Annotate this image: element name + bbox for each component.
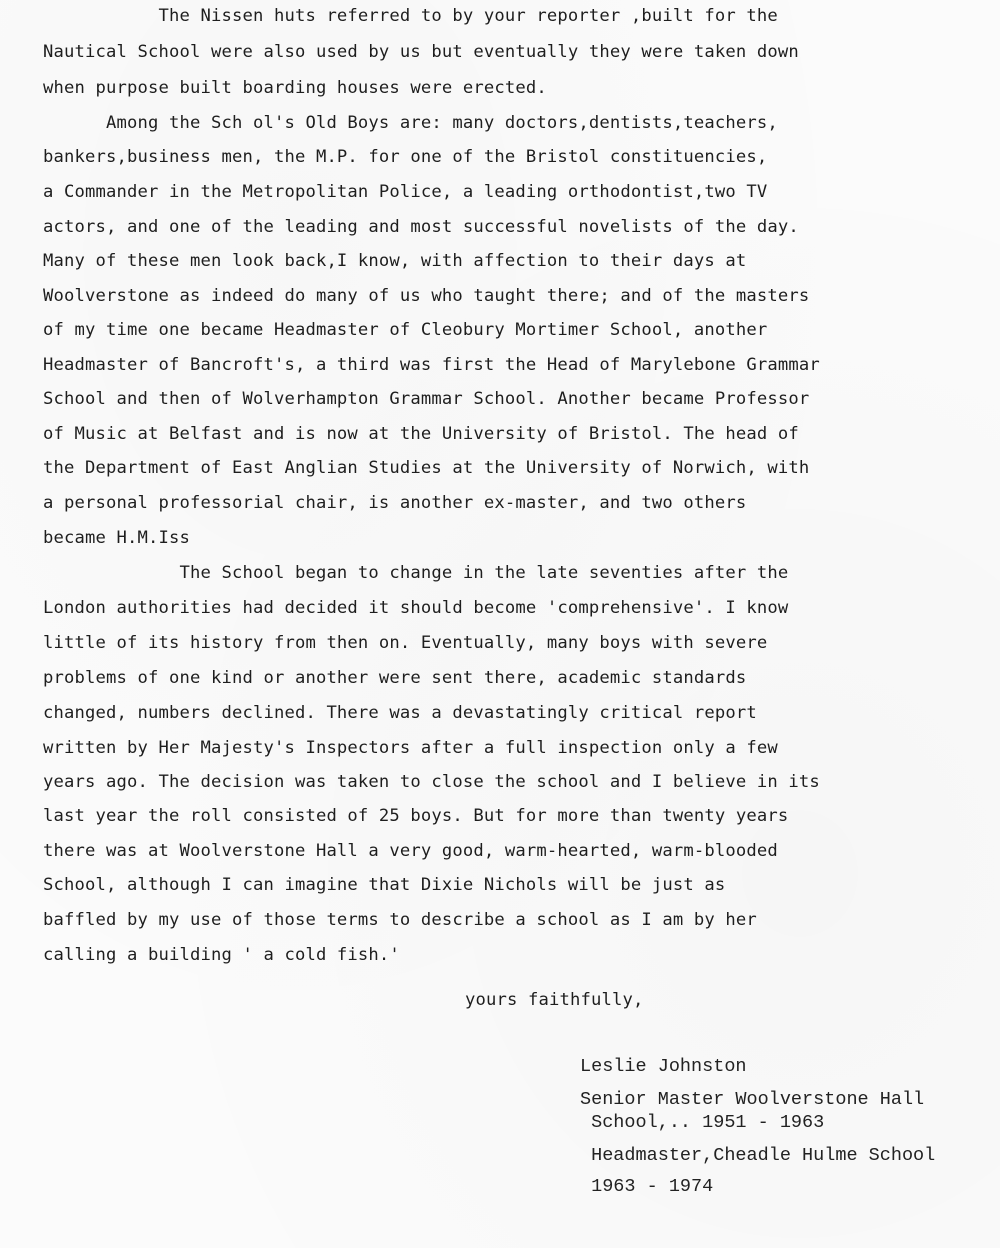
text-line: actors, and one of the leading and most … bbox=[43, 219, 799, 236]
text-line: calling a building ' a cold fish.' bbox=[43, 947, 400, 964]
text-line: Woolverstone as indeed do many of us who… bbox=[43, 288, 809, 305]
text-line: Many of these men look back,I know, with… bbox=[43, 253, 746, 270]
text-line: when purpose built boarding houses were … bbox=[43, 80, 547, 97]
signature-title: Headmaster,Cheadle Hulme School bbox=[580, 1147, 935, 1166]
text-line: a Commander in the Metropolitan Police, … bbox=[43, 184, 767, 201]
text-line: became H.M.Iss bbox=[43, 530, 190, 547]
text-line: changed, numbers declined. There was a d… bbox=[43, 705, 757, 722]
text-line: the Department of East Anglian Studies a… bbox=[43, 460, 809, 477]
text-line: Headmaster of Bancroft's, a third was fi… bbox=[43, 357, 820, 374]
text-line: Nautical School were also used by us but… bbox=[43, 44, 799, 61]
signature-name: Leslie Johnston bbox=[580, 1058, 747, 1077]
text-line: little of its history from then on. Even… bbox=[43, 635, 767, 652]
signature-title: Senior Master Woolverstone Hall bbox=[580, 1091, 924, 1110]
text-line: Among the Sch ol's Old Boys are: many do… bbox=[43, 115, 778, 132]
text-line: years ago. The decision was taken to clo… bbox=[43, 774, 820, 791]
text-line: of Music at Belfast and is now at the Un… bbox=[43, 426, 799, 443]
text-line: London authorities had decided it should… bbox=[43, 600, 788, 617]
text-line: there was at Woolverstone Hall a very go… bbox=[43, 843, 778, 860]
text-line: of my time one became Headmaster of Cleo… bbox=[43, 322, 767, 339]
text-line: written by Her Majesty's Inspectors afte… bbox=[43, 740, 778, 757]
text-line: The School began to change in the late s… bbox=[43, 565, 788, 582]
signature-title: School,.. 1951 - 1963 bbox=[580, 1114, 824, 1133]
text-line: baffled by my use of those terms to desc… bbox=[43, 912, 757, 929]
text-line: last year the roll consisted of 25 boys.… bbox=[43, 808, 788, 825]
text-line: problems of one kind or another were sen… bbox=[43, 670, 746, 687]
text-line: a personal professorial chair, is anothe… bbox=[43, 495, 746, 512]
closing: yours faithfully, bbox=[465, 992, 643, 1009]
signature-title: 1963 - 1974 bbox=[580, 1178, 713, 1197]
letter-page: The Nissen huts referred to by your repo… bbox=[0, 0, 1000, 1248]
text-line: The Nissen huts referred to by your repo… bbox=[43, 8, 778, 25]
text-line: School, although I can imagine that Dixi… bbox=[43, 877, 725, 894]
text-line: School and then of Wolverhampton Grammar… bbox=[43, 391, 809, 408]
text-line: bankers,business men, the M.P. for one o… bbox=[43, 149, 767, 166]
